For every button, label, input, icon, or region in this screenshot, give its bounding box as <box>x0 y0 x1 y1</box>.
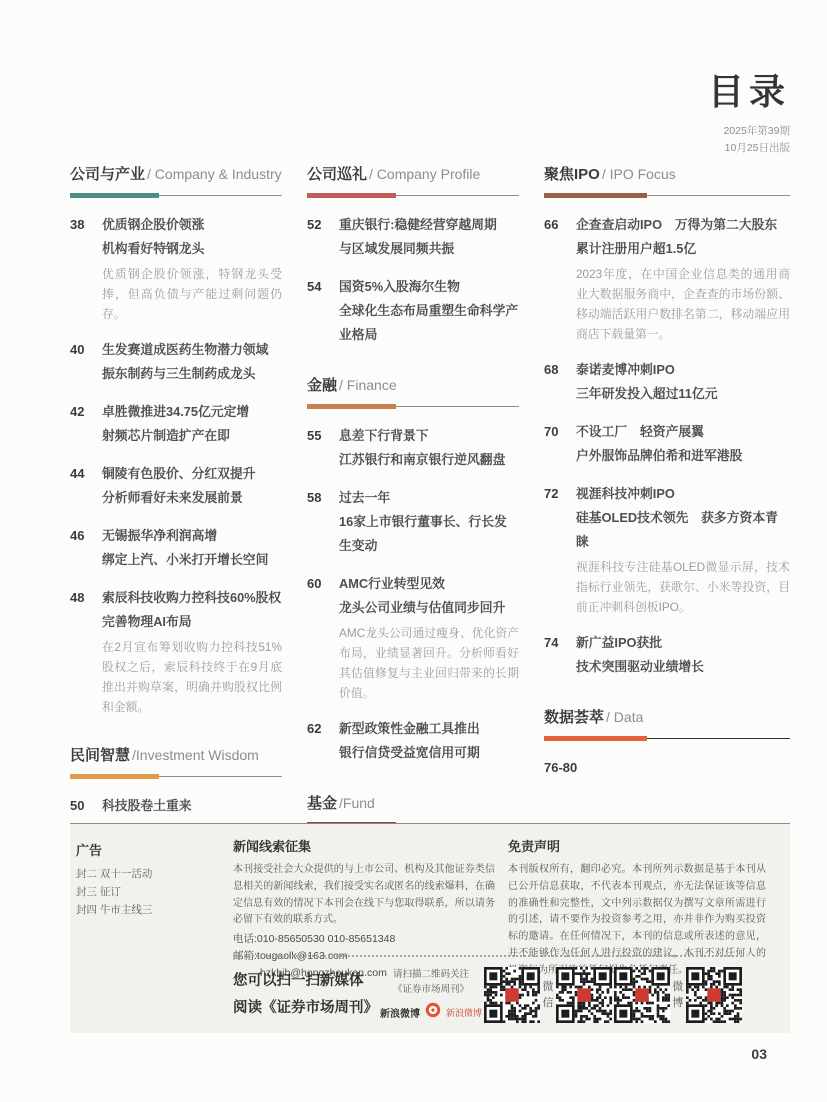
toc-item: 44铜陵有色股价、分红双提升分析师看好未来发展前景 <box>70 462 282 510</box>
ad-list-item: 封二 双十一活动 <box>76 866 226 884</box>
toc-item-desc: 在2月宣布筹划收购力控科技51%股权之后，索辰科技终于在9月底推出并购草案，明确… <box>102 637 282 717</box>
section-accent-bar <box>70 193 159 198</box>
page-title: 目录 <box>708 64 790 115</box>
toc-item: 58过去一年16家上市银行董事长、行长发生变动 <box>307 486 519 558</box>
ads-list: 封二 双十一活动封三 征订封四 牛市主线三 <box>76 866 226 920</box>
toc-section: 公司与产业/ Company & Industry38优质钢企股价领涨机构看好特… <box>70 163 282 731</box>
section-header: 聚焦IPO/ IPO Focus <box>544 163 790 184</box>
toc-item-page-number: 66 <box>544 213 566 344</box>
section-header: 民间智慧/Investment Wisdom <box>70 744 282 765</box>
toc-item-page-number: 52 <box>307 213 329 261</box>
scan-note-line1: 请扫描二维码关注 <box>380 967 482 982</box>
toc-item-page-number: 54 <box>307 275 329 347</box>
contact-phone: 电话:010-85650530 010-85651348 <box>233 931 495 948</box>
toc-item-body: 泰诺麦博冲刺IPO三年研发投入超过11亿元 <box>576 358 718 406</box>
ads-title: 广告 <box>76 840 226 859</box>
disclaimer-title: 免责声明 <box>508 836 766 855</box>
toc-item-desc: AMC龙头公司通过瘦身、优化资产布局，业绩显著回升。分析师看好其估值修复与主业回… <box>339 623 519 703</box>
weibo-wordmark-2: 新浪微博 <box>446 1006 482 1019</box>
toc-item-title: 卓胜微推进34.75亿元定增 <box>102 400 249 424</box>
section-title-cn: 公司与产业 <box>70 166 145 183</box>
toc-item-body: 企查查启动IPO 万得为第二大股东累计注册用户超1.5亿2023年度，在中国企业… <box>576 213 790 344</box>
toc-section: 民间智慧/Investment Wisdom50科技股卷土重来 <box>70 744 282 832</box>
toc-item-body: 索辰科技收购力控科技60%股权完善物理AI布局在2月宣布筹划收购力控科技51%股… <box>102 586 282 717</box>
toc-item-title: 与区域发展同频共振 <box>339 237 497 261</box>
toc-item: 48索辰科技收购力控科技60%股权完善物理AI布局在2月宣布筹划收购力控科技51… <box>70 586 282 717</box>
toc-item-title: 江苏银行和南京银行逆风翻盘 <box>339 448 505 472</box>
toc-item-page-number: 46 <box>70 524 92 572</box>
toc-item: 42卓胜微推进34.75亿元定增射频芯片制造扩产在即 <box>70 400 282 448</box>
toc-item-body: 优质钢企股价领涨机构看好特钢龙头优质钢企股价领涨，特钢龙头受捧，但高负债与产能过… <box>102 213 282 324</box>
qr-code <box>686 967 742 1023</box>
section-title-en: / Data <box>606 709 643 725</box>
toc-item-body: AMC行业转型见效龙头公司业绩与估值同步回升AMC龙头公司通过瘦身、优化资产布局… <box>339 572 519 703</box>
toc-item: 38优质钢企股价领涨机构看好特钢龙头优质钢企股价领涨，特钢龙头受捧，但高负债与产… <box>70 213 282 324</box>
toc-item-title: 无锡振华净利润高增 <box>102 524 268 548</box>
toc-page: 目录 2025年第39期 10月25日出版 公司与产业/ Company & I… <box>0 0 827 1102</box>
toc-item-title: 累计注册用户超1.5亿 <box>576 237 790 261</box>
toc-item-title: 优质钢企股价领涨 <box>102 213 282 237</box>
toc-item-title: 新型政策性金融工具推出 <box>339 717 480 741</box>
toc-item-title: 龙头公司业绩与估值同步回升 <box>339 596 519 620</box>
section-title-cn: 公司巡礼 <box>307 166 367 183</box>
toc-item-page-number: 70 <box>544 420 566 468</box>
toc-item-title: 国资5%入股海尔生物 <box>339 275 519 299</box>
toc-item-title: 新广益IPO获批 <box>576 631 704 655</box>
section-title-cn: 金融 <box>307 377 337 394</box>
toc-item-body: 息差下行背景下江苏银行和南京银行逆风翻盘 <box>339 424 505 472</box>
toc-item: 50科技股卷土重来 <box>70 794 282 818</box>
masthead: 目录 2025年第39期 10月25日出版 <box>708 64 790 158</box>
toc-column-2: 公司巡礼/ Company Profile52重庆银行:稳健经营穿越周期与区域发… <box>307 163 519 904</box>
section-header: 基金/Fund <box>307 792 519 813</box>
section-title-cn: 数据荟萃 <box>544 709 604 726</box>
weibo-icon <box>425 1002 441 1023</box>
scan-cta-line1: 您可以扫一扫新媒体 <box>233 968 378 995</box>
toc-item: 72视涯科技冲刺IPO硅基OLED技术领先 获多方资本青睐视涯科技专注硅基OLE… <box>544 482 790 617</box>
toc-item: 40生发赛道成医药生物潜力领域振东制药与三生制药成龙头 <box>70 338 282 386</box>
qr-code <box>484 967 540 1023</box>
section-accent-bar <box>70 774 159 779</box>
toc-item: 74新广益IPO获批技术突围驱动业绩增长 <box>544 631 790 679</box>
toc-item-title: 全球化生态布局重塑生命科学产业格局 <box>339 299 519 347</box>
section-title-en: / Finance <box>339 377 397 393</box>
toc-item-page-number: 60 <box>307 572 329 703</box>
section-rule <box>307 193 519 198</box>
toc-section: 聚焦IPO/ IPO Focus66企查查启动IPO 万得为第二大股东累计注册用… <box>544 163 790 693</box>
page-number: 03 <box>751 1046 767 1062</box>
weibo-wordmark: 新浪微博 <box>380 1005 420 1020</box>
section-rule <box>544 193 790 198</box>
scan-cta-line2: 阅读《证券市场周刊》 <box>233 995 378 1022</box>
toc-item-title: 绑定上汽、小米打开增长空间 <box>102 548 268 572</box>
toc-columns: 公司与产业/ Company & Industry38优质钢企股价领涨机构看好特… <box>70 163 790 904</box>
news-tips-title: 新闻线索征集 <box>233 836 495 855</box>
toc-item: 55息差下行背景下江苏银行和南京银行逆风翻盘 <box>307 424 519 472</box>
scan-strip: 您可以扫一扫新媒体 阅读《证券市场周刊》 请扫描二维码关注 《证券市场周刊》 新… <box>233 955 742 1023</box>
toc-item-page-number: 40 <box>70 338 92 386</box>
section-rule <box>307 404 519 409</box>
toc-item-title: 不设工厂 轻资产展翼 <box>576 420 742 444</box>
scan-note-line2: 《证券市场周刊》 <box>380 982 482 997</box>
toc-item-page-number: 58 <box>307 486 329 558</box>
toc-item-page-number: 62 <box>307 717 329 765</box>
toc-item-title: 息差下行背景下 <box>339 424 505 448</box>
toc-item-page-number: 55 <box>307 424 329 472</box>
toc-item-desc: 视涯科技专注硅基OLED微显示屏，技术指标行业领先，获歌尔、小米等投资，目前正冲… <box>576 557 790 617</box>
toc-item: 70不设工厂 轻资产展翼户外服饰品牌伯希和进军港股 <box>544 420 790 468</box>
section-accent-bar <box>307 193 396 198</box>
section-accent-bar <box>307 404 396 409</box>
weibo-label: 微博 <box>672 979 684 1012</box>
toc-item-page-number: 48 <box>70 586 92 717</box>
toc-section: 数据荟萃/ Data76-80 <box>544 706 790 794</box>
section-rule <box>70 193 282 198</box>
section-title-en: / Company & Industry <box>147 166 282 182</box>
toc-item-title: 重庆银行:稳健经营穿越周期 <box>339 213 497 237</box>
toc-item-page-number: 74 <box>544 631 566 679</box>
toc-item-title: 硅基OLED技术领先 获多方资本青睐 <box>576 506 790 554</box>
toc-item-desc: 2023年度，在中国企业信息类的通用商业大数据服务商中，企查查的市场份额、移动端… <box>576 264 790 344</box>
toc-item-title: 铜陵有色股价、分红双提升 <box>102 462 256 486</box>
toc-item-title: 索辰科技收购力控科技60%股权 <box>102 586 282 610</box>
toc-item-title: 技术突围驱动业绩增长 <box>576 655 704 679</box>
section-accent-bar <box>544 736 647 741</box>
publish-date: 10月25日出版 <box>708 140 790 157</box>
toc-item-body: 铜陵有色股价、分红双提升分析师看好未来发展前景 <box>102 462 256 510</box>
toc-item-page-number: 38 <box>70 213 92 324</box>
footer-panel: 广告 封二 双十一活动封三 征订封四 牛市主线三 新闻线索征集 本刊接受社会大众… <box>70 823 790 1033</box>
toc-item-title: 银行信贷受益宽信用可期 <box>339 741 480 765</box>
toc-item-title: 户外服饰品牌伯希和进军港股 <box>576 444 742 468</box>
section-rule <box>544 736 790 741</box>
toc-item: 62新型政策性金融工具推出银行信贷受益宽信用可期 <box>307 717 519 765</box>
scan-note: 请扫描二维码关注 《证券市场周刊》 新浪微博 新浪微博 <box>380 967 482 1023</box>
toc-item-body: 重庆银行:稳健经营穿越周期与区域发展同频共振 <box>339 213 497 261</box>
toc-item-body: 新型政策性金融工具推出银行信贷受益宽信用可期 <box>339 717 480 765</box>
toc-item-title: 射频芯片制造扩产在即 <box>102 424 249 448</box>
toc-item-title: 16家上市银行董事长、行长发生变动 <box>339 510 519 558</box>
ad-list-item: 封四 牛市主线三 <box>76 902 226 920</box>
toc-column-3: 聚焦IPO/ IPO Focus66企查查启动IPO 万得为第二大股东累计注册用… <box>544 163 790 904</box>
toc-item-title: 生发赛道成医药生物潜力领域 <box>102 338 268 362</box>
news-tips-body: 本刊接受社会大众提供的与上市公司、机构及其他证券类信息相关的新闻线索，我们接受实… <box>233 862 495 929</box>
toc-item-title: 分析师看好未来发展前景 <box>102 486 256 510</box>
toc-item-body: 国资5%入股海尔生物全球化生态布局重塑生命科学产业格局 <box>339 275 519 347</box>
toc-item: 66企查查启动IPO 万得为第二大股东累计注册用户超1.5亿2023年度，在中国… <box>544 213 790 344</box>
toc-item: 60AMC行业转型见效龙头公司业绩与估值同步回升AMC龙头公司通过瘦身、优化资产… <box>307 572 519 703</box>
toc-item-body: 过去一年16家上市银行董事长、行长发生变动 <box>339 486 519 558</box>
toc-item: 52重庆银行:稳健经营穿越周期与区域发展同频共振 <box>307 213 519 261</box>
toc-item-body: 视涯科技冲刺IPO硅基OLED技术领先 获多方资本青睐视涯科技专注硅基OLED微… <box>576 482 790 617</box>
toc-item-title: 机构看好特钢龙头 <box>102 237 282 261</box>
section-header: 金融/ Finance <box>307 374 519 395</box>
section-title-en: /Investment Wisdom <box>132 747 259 763</box>
toc-section: 金融/ Finance55息差下行背景下江苏银行和南京银行逆风翻盘58过去一年1… <box>307 374 519 779</box>
toc-section: 公司巡礼/ Company Profile52重庆银行:稳健经营穿越周期与区域发… <box>307 163 519 361</box>
section-header: 公司与产业/ Company & Industry <box>70 163 282 184</box>
toc-item-page-number: 72 <box>544 482 566 617</box>
toc-item-page-number: 68 <box>544 358 566 406</box>
section-title-en: / Company Profile <box>369 166 480 182</box>
toc-item-body: 新广益IPO获批技术突围驱动业绩增长 <box>576 631 704 679</box>
toc-item: 76-80 <box>544 756 790 780</box>
toc-item-body: 卓胜微推进34.75亿元定增射频芯片制造扩产在即 <box>102 400 249 448</box>
toc-item-title: 三年研发投入超过11亿元 <box>576 382 718 406</box>
toc-item-body: 不设工厂 轻资产展翼户外服饰品牌伯希和进军港股 <box>576 420 742 468</box>
issue-number: 2025年第39期 <box>708 123 790 140</box>
toc-item-title: 视涯科技冲刺IPO <box>576 482 790 506</box>
qr-code <box>556 967 612 1023</box>
section-accent-bar <box>544 193 647 198</box>
toc-item-page-number: 50 <box>70 794 92 818</box>
toc-item-title: 振东制药与三生制药成龙头 <box>102 362 268 386</box>
section-title-en: /Fund <box>339 795 375 811</box>
section-header: 公司巡礼/ Company Profile <box>307 163 519 184</box>
toc-item-body: 科技股卷土重来 <box>102 794 192 818</box>
section-rule <box>70 774 282 779</box>
toc-item-title: 完善物理AI布局 <box>102 610 282 634</box>
toc-item-title: 科技股卷土重来 <box>102 794 192 818</box>
toc-item-page-number: 42 <box>70 400 92 448</box>
section-title-en: / IPO Focus <box>602 166 676 182</box>
toc-item: 68泰诺麦博冲刺IPO三年研发投入超过11亿元 <box>544 358 790 406</box>
scan-cta: 您可以扫一扫新媒体 阅读《证券市场周刊》 <box>233 968 378 1022</box>
toc-item-page-number: 44 <box>70 462 92 510</box>
section-title-cn: 基金 <box>307 795 337 812</box>
section-header: 数据荟萃/ Data <box>544 706 790 727</box>
toc-item-title: 过去一年 <box>339 486 519 510</box>
toc-item-title: 泰诺麦博冲刺IPO <box>576 358 718 382</box>
toc-column-1: 公司与产业/ Company & Industry38优质钢企股价领涨机构看好特… <box>70 163 282 904</box>
toc-item: 46无锡振华净利润高增绑定上汽、小米打开增长空间 <box>70 524 282 572</box>
section-title-cn: 民间智慧 <box>70 747 130 764</box>
section-title-cn: 聚焦IPO <box>544 166 600 183</box>
toc-item-title: 企查查启动IPO 万得为第二大股东 <box>576 213 790 237</box>
ad-list-item: 封三 征订 <box>76 884 226 902</box>
toc-item-desc: 优质钢企股价领涨，特钢龙头受捧，但高负债与产能过剩问题仍存。 <box>102 264 282 324</box>
qr-code <box>614 967 670 1023</box>
ads-block: 广告 封二 双十一活动封三 征订封四 牛市主线三 <box>76 840 226 920</box>
toc-item-page-number: 76-80 <box>544 756 577 780</box>
wechat-label: 微信 <box>542 979 554 1012</box>
toc-item: 54国资5%入股海尔生物全球化生态布局重塑生命科学产业格局 <box>307 275 519 347</box>
toc-item-body: 无锡振华净利润高增绑定上汽、小米打开增长空间 <box>102 524 268 572</box>
toc-item-title: AMC行业转型见效 <box>339 572 519 596</box>
toc-item-body: 生发赛道成医药生物潜力领域振东制药与三生制药成龙头 <box>102 338 268 386</box>
